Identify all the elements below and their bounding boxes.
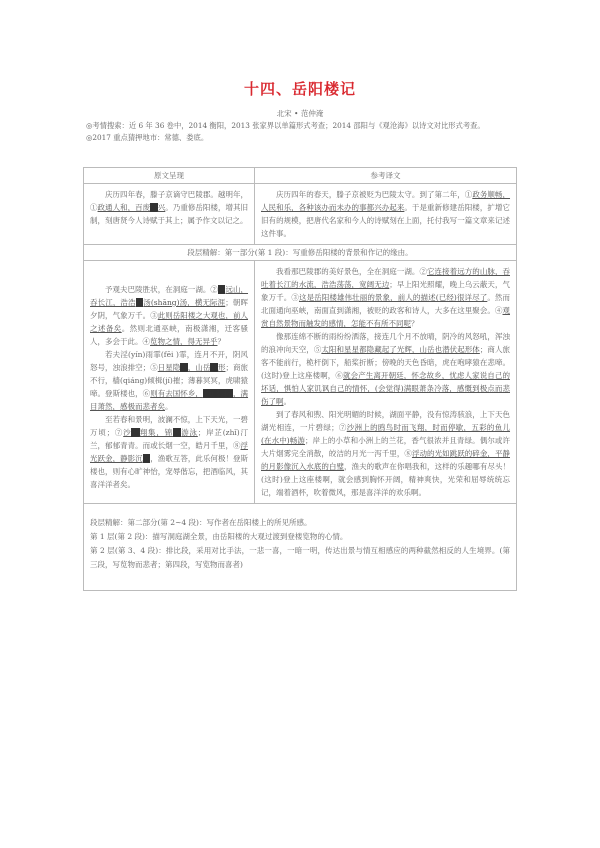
translation-cell: 我看那巴陵郡的美好景色，全在洞庭一湖。②它连接着远方的山脉，吞吐着长江的水流，浩… (255, 261, 517, 504)
original-cell: 庆历四年春，滕子京谪守巴陵郡。越明年，①政通人和，百废具兴。乃重修岳阳楼，增其旧… (84, 184, 255, 245)
table-row: 庆历四年春，滕子京谪守巴陵郡。越明年，①政通人和，百废具兴。乃重修岳阳楼，增其旧… (84, 184, 517, 245)
translation-paragraph: 像那连绵不断的雨纷纷洒落，接连几个月不放晴，阴冷的风怒吼，浑浊的浪冲向天空，⑤太… (261, 330, 510, 408)
prediction-info: ◎2017 重点猜押地市：常德、娄底。 (86, 132, 516, 144)
blanked-char: 具 (150, 203, 158, 212)
section-summary-2: 段层精解：第二部分(第 2~4 段)：写作者在岳阳楼上的所见所感。 第 1 层(… (84, 504, 517, 591)
original-paragraph: 至若春和景明，波澜不惊，上下天光，一碧万顷；⑦沙鸥翔集，锦鳞游泳；岸芷(zhǐ)… (90, 413, 248, 491)
section-summary-1: 段层精解：第一部分(第 1 段)：写重修岳阳楼的背景和作记的缘由。 (84, 245, 517, 261)
translation-cell: 庆历四年的春天，滕子京被贬为巴陵太守。到了第二年，①政务顺畅，人民和乐，各种该办… (255, 184, 517, 245)
exam-info: ◎考情搜索：近 6 年 36 卷中，2014 衡阳，2013 张家界以单篇形式考… (86, 120, 516, 132)
comparison-table: 原文呈现 参考译文 庆历四年春，滕子京谪守巴陵郡。越明年，①政通人和，百废具兴。… (83, 167, 517, 591)
original-cell: 予观夫巴陵胜状，在洞庭一湖。②衔远山，吞长江，浩浩汤汤(shāng)汤，横无际涯… (84, 261, 255, 504)
original-paragraph: 予观夫巴陵胜状，在洞庭一湖。②衔远山，吞长江，浩浩汤汤(shāng)汤，横无际涯… (90, 283, 248, 348)
summary-line: 第 2 层(第 3、4 段)：排比段，采用对比手法，一悲一喜，一暗一明，传达出景… (90, 544, 510, 572)
table-row: 予观夫巴陵胜状，在洞庭一湖。②衔远山，吞长江，浩浩汤汤(shāng)汤，横无际涯… (84, 261, 517, 504)
summary-row: 段层精解：第二部分(第 2~4 段)：写作者在岳阳楼上的所见所感。 第 1 层(… (84, 504, 517, 591)
author-line: 北宋 • 范仲淹 (0, 108, 600, 119)
translation-paragraph: 我看那巴陵郡的美好景色，全在洞庭一湖。②它连接着远方的山脉，吞吐着长江的水流，浩… (261, 265, 510, 330)
header-original: 原文呈现 (84, 168, 255, 184)
table-header-row: 原文呈现 参考译文 (84, 168, 517, 184)
original-paragraph: 若夫淫(yín)雨霏(fēi )霏，连月不开，阴风怒号，浊浪排空；⑤日星隐曜，山… (90, 348, 248, 413)
original-paragraph: 庆历四年春，滕子京谪守巴陵郡。越明年，①政通人和，百废具兴。乃重修岳阳楼，增其旧… (90, 188, 248, 227)
summary-line: 段层精解：第二部分(第 2~4 段)：写作者在岳阳楼上的所见所感。 (90, 516, 510, 530)
document-page: 十四、岳阳楼记 北宋 • 范仲淹 ◎考情搜索：近 6 年 36 卷中，2014 … (0, 0, 600, 848)
header-translation: 参考译文 (255, 168, 517, 184)
intro-notes: ◎考情搜索：近 6 年 36 卷中，2014 衡阳，2013 张家界以单篇形式考… (86, 120, 516, 143)
translation-paragraph: 庆历四年的春天，滕子京被贬为巴陵太守。到了第二年，①政务顺畅，人民和乐，各种该办… (261, 188, 510, 240)
summary-row: 段层精解：第一部分(第 1 段)：写重修岳阳楼的背景和作记的缘由。 (84, 245, 517, 261)
translation-paragraph: 到了春风和煦、阳光明媚的时候，湖面平静，没有惊涛骇浪，上下天色湖光相连，一片碧绿… (261, 408, 510, 499)
summary-line: 第 1 层(第 2 段)：描写洞庭湖全景，由岳阳楼的大观过渡到登楼览物的心情。 (90, 530, 510, 544)
page-title: 十四、岳阳楼记 (0, 78, 600, 99)
